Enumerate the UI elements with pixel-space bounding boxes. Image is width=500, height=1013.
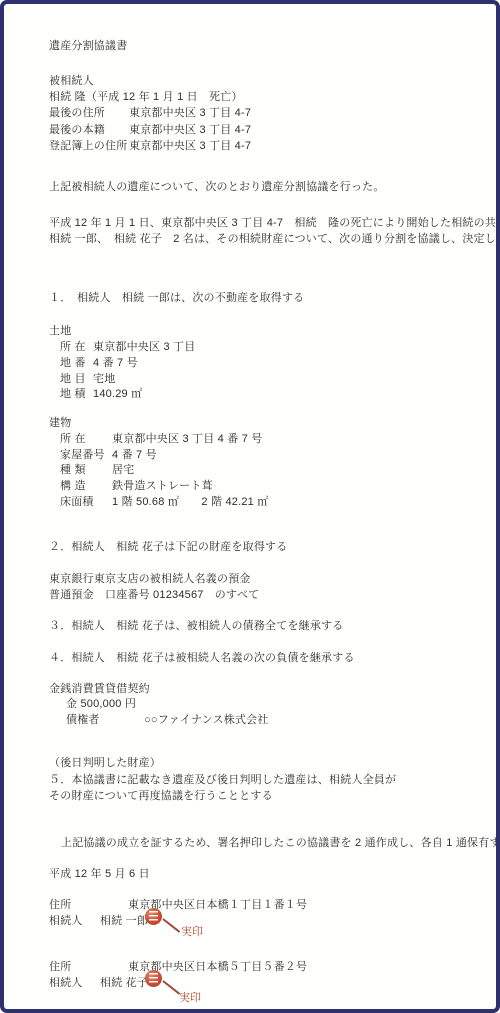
item5-line-2: その財産について再度協議を行うこととする xyxy=(49,788,273,804)
loan-creditor-row: 債権者○○ファイナンス株式会社 xyxy=(66,712,269,728)
later-assets-heading: （後日判明した財産） xyxy=(49,755,161,771)
building-floor-area-label: 床面積 xyxy=(60,494,112,510)
loan-creditor-value: ○○ファイナンス株式会社 xyxy=(144,714,269,726)
land-lot-number-value: 4 番 7 号 xyxy=(93,357,138,369)
building-location-value: 東京都中央区 3 丁目 4 番 7 号 xyxy=(112,433,263,445)
agreement-date: 平成 12 年 5 月 6 日 xyxy=(49,866,150,882)
item4-heading: ４．相続人 相続 花子は被相続人名義の次の負債を継承する xyxy=(49,650,355,666)
land-lot-number-row: 地 番4 番 7 号 xyxy=(60,355,138,371)
land-category-value: 宅地 xyxy=(93,373,115,385)
signer1-address-row: 住所東京都中央区日本橋１丁目１番１号 xyxy=(49,897,307,913)
building-house-number-row: 家屋番号4 番 7 号 xyxy=(60,447,157,463)
signer1-seal-pointer-line xyxy=(162,918,180,933)
decedent-last-domicile-row: 最後の本籍東京都中央区 3 丁目 4-7 xyxy=(49,122,251,138)
item3-heading: ３．相続人 相続 花子は、被相続人の債務全てを継承する xyxy=(49,618,343,634)
signer2-name-row: 相続人相続 花子 xyxy=(49,975,148,991)
signer1-address-label: 住所 xyxy=(49,897,128,913)
building-floor-area-value: 1 階 50.68 ㎡ 2 階 42.21 ㎡ xyxy=(112,496,268,508)
signer1-name-value: 相続 一郎 xyxy=(100,915,148,927)
loan-heading: 金銭消費賃貸借契約 xyxy=(49,681,150,697)
land-category-row: 地 目宅地 xyxy=(60,371,115,387)
building-type-row: 種 類居宅 xyxy=(60,462,134,478)
building-structure-label: 構 造 xyxy=(60,478,112,494)
decedent-registry-address-label: 登記簿上の住所 xyxy=(49,138,129,154)
signer2-address-row: 住所東京都中央区日本橋５丁目５番２号 xyxy=(49,959,307,975)
seal-ink-marks xyxy=(149,911,158,922)
decedent-last-address-label: 最後の住所 xyxy=(49,105,129,121)
signer1-seal-caption: 実印 xyxy=(181,924,203,940)
building-floor-area-row: 床面積1 階 50.68 ㎡ 2 階 42.21 ㎡ xyxy=(60,494,268,510)
deposit-line-2: 普通預金 口座番号 01234567 のすべて xyxy=(49,587,259,603)
signer2-name-label: 相続人 xyxy=(49,975,100,991)
building-house-number-value: 4 番 7 号 xyxy=(112,449,157,461)
building-type-value: 居宅 xyxy=(112,464,134,476)
signer1-name-row: 相続人相続 一郎 xyxy=(49,913,148,929)
loan-creditor-label: 債権者 xyxy=(66,712,144,728)
closing-sentence: 上記協議の成立を証するため、署名押印したこの協議書を 2 通作成し、各自 1 通… xyxy=(61,835,500,851)
land-category-label: 地 目 xyxy=(60,371,93,387)
signer2-seal-stamp-icon xyxy=(145,970,162,987)
signer2-seal-caption: 実印 xyxy=(179,990,201,1006)
building-house-number-label: 家屋番号 xyxy=(60,447,112,463)
building-structure-value: 鉄骨造ストレート葺 xyxy=(112,480,213,492)
preamble-line-2: 相続 一郎、 相続 花子 2 名は、その相続財産について、次の通り分割を協議し、… xyxy=(49,231,500,247)
building-heading: 建物 xyxy=(49,415,71,431)
building-structure-row: 構 造鉄骨造ストレート葺 xyxy=(60,478,213,494)
land-heading: 土地 xyxy=(49,323,71,339)
land-location-row: 所 在東京都中央区 3 丁目 xyxy=(60,339,195,355)
item1-heading: １． 相続人 相続 一郎は、次の不動産を取得する xyxy=(49,290,304,306)
decedent-heading: 被相続人 xyxy=(49,73,94,89)
seal-ink-marks xyxy=(149,973,158,984)
item5-line-1: ５．本協議書に記載なき遺産及び後日判明した遺産は、相続人全員が xyxy=(49,772,396,788)
signer1-seal-stamp-icon xyxy=(145,908,162,925)
decedent-registry-address-row: 登記簿上の住所東京都中央区 3 丁目 4-7 xyxy=(49,138,251,154)
signer2-seal-pointer-line xyxy=(162,980,180,995)
intro-sentence: 上記被相続人の遺産について、次のとおり遺産分割協議を行った。 xyxy=(49,179,385,195)
land-lot-number-label: 地 番 xyxy=(60,355,93,371)
decedent-name-line: 相続 隆（平成 12 年 1 月 1 日 死亡） xyxy=(49,89,243,105)
deposit-line-1: 東京銀行東京支店の被相続人名義の預金 xyxy=(49,571,251,587)
inheritance-agreement-document: 遺産分割協議書 被相続人 相続 隆（平成 12 年 1 月 1 日 死亡） 最後… xyxy=(0,0,500,1013)
land-area-value: 140.29 ㎡ xyxy=(93,388,142,400)
building-type-label: 種 類 xyxy=(60,462,112,478)
land-area-row: 地 積140.29 ㎡ xyxy=(60,386,142,402)
land-area-label: 地 積 xyxy=(60,386,93,402)
item2-heading: ２．相続人 相続 花子は下記の財産を取得する xyxy=(49,539,287,555)
building-location-label: 所 在 xyxy=(60,431,112,447)
decedent-last-address-row: 最後の住所東京都中央区 3 丁目 4-7 xyxy=(49,105,251,121)
preamble-line-1: 平成 12 年 1 月 1 日、東京都中央区 3 丁目 4-7 相続 隆の死亡に… xyxy=(49,215,500,231)
signer2-name-value: 相続 花子 xyxy=(100,977,148,989)
decedent-last-domicile-label: 最後の本籍 xyxy=(49,122,129,138)
loan-amount: 金 500,000 円 xyxy=(66,696,136,712)
land-location-value: 東京都中央区 3 丁目 xyxy=(93,341,195,353)
land-location-label: 所 在 xyxy=(60,339,93,355)
decedent-last-domicile-value: 東京都中央区 3 丁目 4-7 xyxy=(129,124,251,136)
signer2-address-label: 住所 xyxy=(49,959,128,975)
decedent-registry-address-value: 東京都中央区 3 丁目 4-7 xyxy=(129,140,251,152)
page-title: 遺産分割協議書 xyxy=(49,38,127,54)
building-location-row: 所 在東京都中央区 3 丁目 4 番 7 号 xyxy=(60,431,263,447)
decedent-last-address-value: 東京都中央区 3 丁目 4-7 xyxy=(129,107,251,119)
signer1-name-label: 相続人 xyxy=(49,913,100,929)
